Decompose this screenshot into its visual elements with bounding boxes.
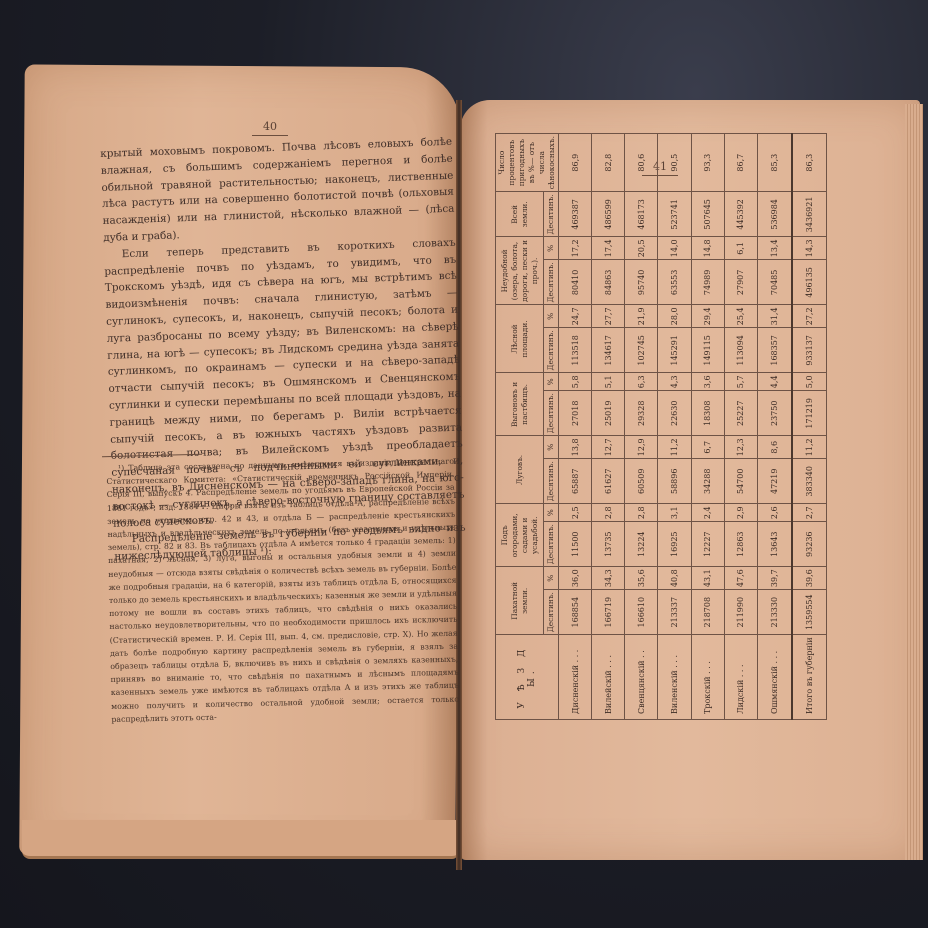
cell-gard-p: 3,1 — [658, 504, 691, 522]
cell-gard: 12227 — [691, 522, 724, 567]
cell-gard: 93236 — [792, 522, 827, 567]
table-row: Лидскій . . .21199047,6128632,95470012,3… — [724, 134, 757, 720]
district-name: Ошмянскій . . . — [757, 635, 792, 720]
cell-plow: 211990 — [724, 590, 757, 635]
cell-forest: 168357 — [757, 328, 792, 373]
cell-past: 27018 — [559, 391, 592, 436]
cell-plow-p: 43,1 — [691, 567, 724, 590]
cell-past-p: 4,4 — [757, 373, 792, 391]
cell-mead-p: 12,7 — [592, 436, 625, 459]
cell-mead: 34288 — [691, 459, 724, 504]
subheader-pct: % — [544, 237, 559, 260]
cell-plow-p: 34,3 — [592, 567, 625, 590]
subheader-pct: % — [544, 373, 559, 391]
cell-gard-p: 2,5 — [559, 504, 592, 522]
cell-forest-p: 21,9 — [625, 305, 658, 328]
cell-mead: 58896 — [658, 459, 691, 504]
cell-forest: 113518 — [559, 328, 592, 373]
district-name: Трокскій . . . — [691, 635, 724, 720]
cell-past: 171219 — [792, 391, 827, 436]
subheader-pct: % — [544, 305, 559, 328]
district-name: Свенцянскій . . — [625, 635, 658, 720]
footnote: ¹) Таблица эта составлена по даннымъ, им… — [106, 455, 459, 726]
cell-plow: 168854 — [559, 590, 592, 635]
cell-waste: 84863 — [592, 260, 625, 305]
cell-plow: 166719 — [592, 590, 625, 635]
cell-all: 468173 — [625, 192, 658, 237]
cell-waste: 70485 — [757, 260, 792, 305]
cell-mead-p: 12,9 — [625, 436, 658, 459]
cell-forest-p: 24,7 — [559, 305, 592, 328]
cell-plow-p: 47,6 — [724, 567, 757, 590]
cell-gard-p: 2,8 — [625, 504, 658, 522]
cell-past-p: 5,8 — [559, 373, 592, 391]
total-row: Итого въ губерніи135955439,6932362,73833… — [792, 134, 827, 720]
cell-waste-p: 14,3 — [792, 237, 827, 260]
cell-forest-p: 27,7 — [592, 305, 625, 328]
cell-forest-p: 31,4 — [757, 305, 792, 328]
cell-forest-p: 28,0 — [658, 305, 691, 328]
cell-all: 486599 — [592, 192, 625, 237]
cell-plow: 218708 — [691, 590, 724, 635]
table-row: Вилейскій . . .16671934,3137352,86162712… — [592, 134, 625, 720]
table-row: Ошмянскій . . .21333039,7136432,6472198,… — [757, 134, 792, 720]
data-table: У Ѣ З Д Ы. Пахатной земли. Подъ огородам… — [495, 133, 827, 720]
cell-past: 25019 — [592, 391, 625, 436]
table-row: Дисненскій . . .16885436,0115002,5658871… — [559, 134, 592, 720]
subheader-des: Десятинъ. — [544, 328, 559, 373]
cell-forest: 113094 — [724, 328, 757, 373]
district-name: Лидскій . . . — [724, 635, 757, 720]
cell-plow-p: 36,0 — [559, 567, 592, 590]
subheader-des: Десятинъ. — [544, 260, 559, 305]
cell-waste: 63553 — [658, 260, 691, 305]
land-distribution-table: У Ѣ З Д Ы. Пахатной земли. Подъ огородам… — [495, 180, 820, 720]
table-row: Трокскій . . .21870843,1122272,4342886,7… — [691, 134, 724, 720]
cell-ratio: 93,3 — [691, 134, 724, 192]
header-ratio: Число процентовъ пригодныхъ въ %— отъ чи… — [496, 134, 559, 192]
cell-gard: 13735 — [592, 522, 625, 567]
cell-mead: 47219 — [757, 459, 792, 504]
cell-gard: 12863 — [724, 522, 757, 567]
cell-plow-p: 39,6 — [792, 567, 827, 590]
header-plow: Пахатной земли. — [496, 567, 544, 635]
cell-waste-p: 14,0 — [658, 237, 691, 260]
cell-ratio: 90,5 — [658, 134, 691, 192]
cell-forest-p: 29,4 — [691, 305, 724, 328]
cell-waste-p: 13,4 — [757, 237, 792, 260]
cell-forest: 149115 — [691, 328, 724, 373]
cell-gard-p: 2,7 — [792, 504, 827, 522]
cell-gard-p: 2,6 — [757, 504, 792, 522]
cell-plow-p: 39,7 — [757, 567, 792, 590]
subheader-des: Десятинъ. — [544, 192, 559, 237]
cell-ratio: 80,6 — [625, 134, 658, 192]
cell-plow: 213337 — [658, 590, 691, 635]
cell-past: 23750 — [757, 391, 792, 436]
cell-mead-p: 8,6 — [757, 436, 792, 459]
header-pastures: Выгоновъ и пастбищъ. — [496, 373, 544, 436]
cell-forest-p: 25,4 — [724, 305, 757, 328]
district-name: Итого въ губерніи — [792, 635, 827, 720]
cell-waste: 95740 — [625, 260, 658, 305]
header-waste: Неудобной (озера, болота, дороги, пески … — [496, 237, 544, 305]
cell-waste: 74989 — [691, 260, 724, 305]
cell-gard: 13643 — [757, 522, 792, 567]
cell-past: 18308 — [691, 391, 724, 436]
cell-all: 3436921 — [792, 192, 827, 237]
cell-mead: 383340 — [792, 459, 827, 504]
cell-plow: 213330 — [757, 590, 792, 635]
cell-ratio: 86,9 — [559, 134, 592, 192]
cell-mead-p: 11,2 — [792, 436, 827, 459]
cell-plow-p: 40,8 — [658, 567, 691, 590]
cell-forest: 102745 — [625, 328, 658, 373]
cell-waste-p: 6,1 — [724, 237, 757, 260]
cell-plow-p: 35,6 — [625, 567, 658, 590]
cell-gard: 16925 — [658, 522, 691, 567]
cell-past-p: 6,3 — [625, 373, 658, 391]
cell-waste: 27907 — [724, 260, 757, 305]
header-all: Всей земли. — [496, 192, 544, 237]
cell-mead: 60509 — [625, 459, 658, 504]
cell-past-p: 5,0 — [792, 373, 827, 391]
cell-mead: 65887 — [559, 459, 592, 504]
cell-ratio: 86,7 — [724, 134, 757, 192]
cell-all: 445392 — [724, 192, 757, 237]
table-row: Свенцянскій . .16661035,6132242,86050912… — [625, 134, 658, 720]
cell-past-p: 5,1 — [592, 373, 625, 391]
paragraph: крытый моховымъ покровомъ. Почва лѣсовъ … — [100, 134, 455, 247]
cell-mead-p: 13,8 — [559, 436, 592, 459]
subheader-des: Десятинъ. — [544, 590, 559, 635]
cell-mead: 61627 — [592, 459, 625, 504]
cell-past-p: 3,6 — [691, 373, 724, 391]
cell-waste-p: 20,5 — [625, 237, 658, 260]
cell-past: 29328 — [625, 391, 658, 436]
cell-past: 22630 — [658, 391, 691, 436]
cell-ratio: 82,8 — [592, 134, 625, 192]
page-stack-edge — [905, 104, 923, 860]
header-uezd: У Ѣ З Д Ы. — [496, 635, 559, 720]
cell-forest: 134617 — [592, 328, 625, 373]
cell-mead-p: 6,7 — [691, 436, 724, 459]
left-page-edge — [22, 820, 458, 859]
cell-all: 536984 — [757, 192, 792, 237]
cell-waste-p: 17,2 — [559, 237, 592, 260]
cell-past-p: 4,3 — [658, 373, 691, 391]
cell-ratio: 85,3 — [757, 134, 792, 192]
footnote-text: ¹) Таблица эта составлена по даннымъ, им… — [106, 455, 459, 726]
cell-gard: 13224 — [625, 522, 658, 567]
cell-mead-p: 12,3 — [724, 436, 757, 459]
district-name: Дисненскій . . . — [559, 635, 592, 720]
cell-plow: 166610 — [625, 590, 658, 635]
cell-gard-p: 2,9 — [724, 504, 757, 522]
header-forest: Лѣсной площади. — [496, 305, 544, 373]
cell-gard: 11500 — [559, 522, 592, 567]
cell-waste: 496135 — [792, 260, 827, 305]
cell-forest-p: 27,2 — [792, 305, 827, 328]
district-name: Виленскій . . . — [658, 635, 691, 720]
cell-all: 523741 — [658, 192, 691, 237]
cell-forest: 933137 — [792, 328, 827, 373]
cell-past: 25227 — [724, 391, 757, 436]
subheader-pct: % — [544, 436, 559, 459]
cell-gard-p: 2,8 — [592, 504, 625, 522]
cell-gard-p: 2,4 — [691, 504, 724, 522]
cell-plow: 1359554 — [792, 590, 827, 635]
cell-ratio: 86,3 — [792, 134, 827, 192]
left-page-number: 40 — [240, 120, 300, 136]
cell-mead-p: 11,2 — [658, 436, 691, 459]
header-meadows: Луговъ. — [496, 436, 544, 504]
cell-waste-p: 17,4 — [592, 237, 625, 260]
subheader-des: Десятинъ. — [544, 459, 559, 504]
subheader-des: Десятинъ. — [544, 522, 559, 567]
cell-mead: 54700 — [724, 459, 757, 504]
cell-all: 469387 — [559, 192, 592, 237]
subheader-pct: % — [544, 504, 559, 522]
cell-forest: 145291 — [658, 328, 691, 373]
table-row: Виленскій . . .21333740,8169253,15889611… — [658, 134, 691, 720]
district-name: Вилейскій . . . — [592, 635, 625, 720]
cell-waste: 80410 — [559, 260, 592, 305]
cell-all: 507645 — [691, 192, 724, 237]
header-gardens: Подъ огородами, садами и усадьбой. — [496, 504, 544, 567]
cell-waste-p: 14,8 — [691, 237, 724, 260]
subheader-pct: % — [544, 567, 559, 590]
cell-past-p: 5,7 — [724, 373, 757, 391]
subheader-des: Десятинъ. — [544, 391, 559, 436]
